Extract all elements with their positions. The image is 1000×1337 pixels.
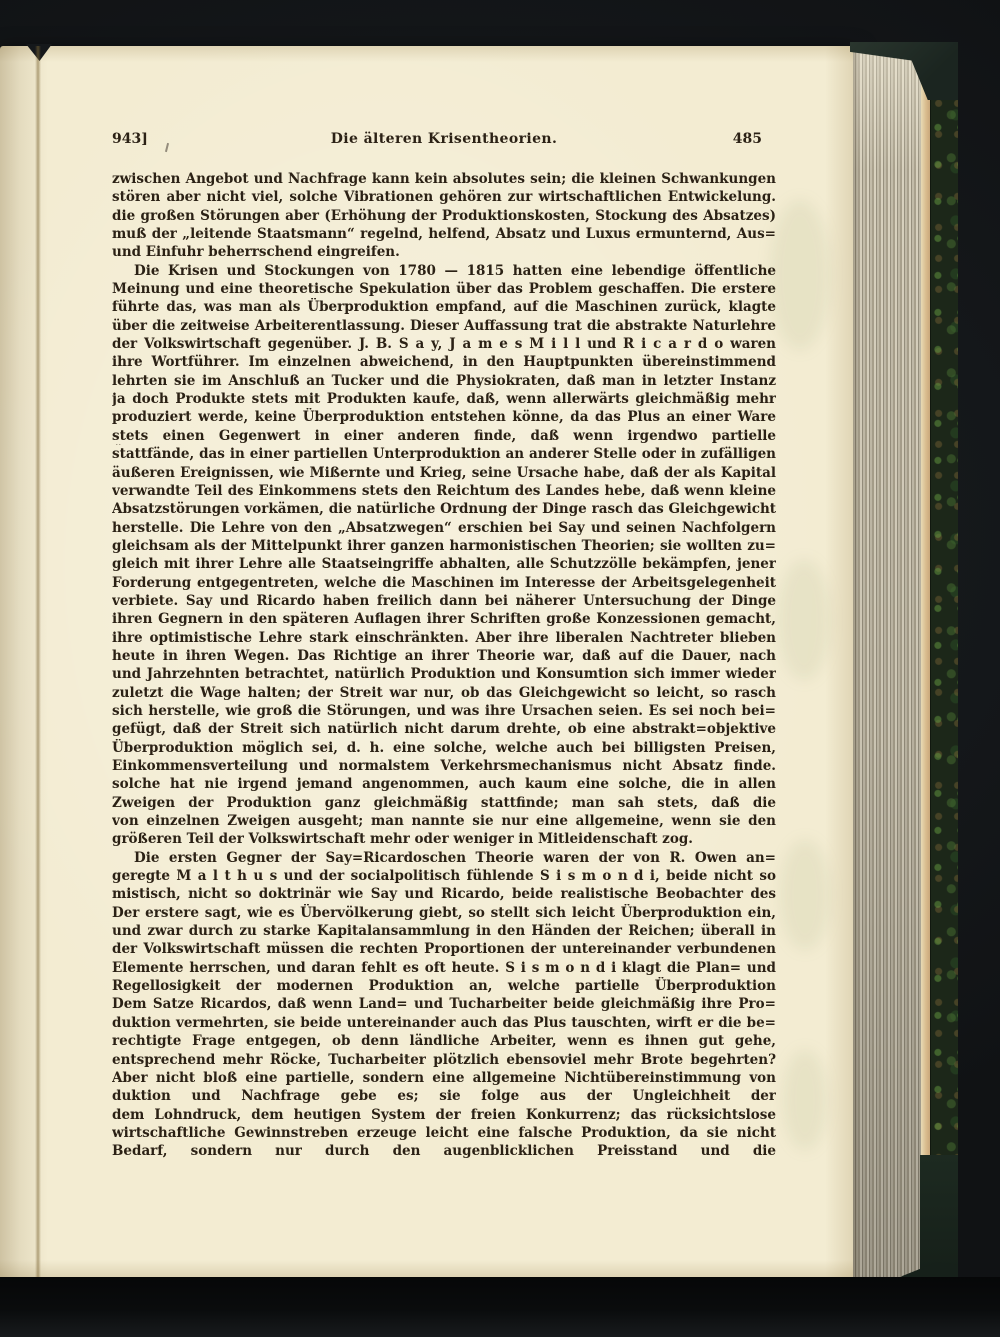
text-line: sich herstelle, wie groß die Störungen, … <box>112 702 776 720</box>
text-line: muß der „leitende Staatsmann“ regelnd, h… <box>112 225 776 243</box>
text-line: der Volkswirtschaft gegenüber. J. B. S a… <box>112 335 776 353</box>
page-show-through <box>770 200 830 350</box>
text-line: zuletzt die Wage halten; der Streit war … <box>112 684 776 702</box>
text-line: ihre Wortführer. Im einzelnen abweichend… <box>112 353 776 371</box>
text-line: gefügt, daß der Streit sich natürlich ni… <box>112 720 776 738</box>
text-line: Forderung entgegentreten, welche die Mas… <box>112 574 776 592</box>
scanned-book-photo: 943] Die älteren Krisentheorien. 485 zwi… <box>0 0 1000 1337</box>
text-line: Meinung und eine theoretische Spekulatio… <box>112 280 776 298</box>
marbled-cover-edge <box>930 46 958 1290</box>
page-show-through <box>780 840 830 950</box>
text-block: zwischen Angebot und Nachfrage kann kein… <box>112 170 776 1161</box>
text-line: Zweigen der Produktion ganz gleichmäßig … <box>112 794 776 812</box>
text-line: und zwar durch zu starke Kapitalansammlu… <box>112 922 776 940</box>
text-line: zwischen Angebot und Nachfrage kann kein… <box>112 170 776 188</box>
page-block-edge <box>921 50 930 1278</box>
text-line: Absatzstörungen vorkämen, die natürliche… <box>112 500 776 518</box>
text-line: gleich mit ihrer Lehre alle Staatseingri… <box>112 555 776 573</box>
text-line: lehrten sie im Anschluß an Tucker und di… <box>112 372 776 390</box>
text-line: produziert werde, keine Überproduktion e… <box>112 408 776 426</box>
page-number: 485 <box>686 131 776 147</box>
text-line: verbiete. Say und Ricardo haben freilich… <box>112 592 776 610</box>
text-line: ihre optimistische Lehre stark einschrän… <box>112 629 776 647</box>
page-stack-fore-edge <box>853 48 921 1280</box>
page-show-through <box>783 1050 827 1150</box>
text-line: gleichsam als der Mittelpunkt ihrer ganz… <box>112 537 776 555</box>
text-line: Regellosigkeit der modernen Produktion a… <box>112 977 776 995</box>
text-line: über die zeitweise Arbeiterentlassung. D… <box>112 317 776 335</box>
text-line: Einkommensverteilung und normalstem Verk… <box>112 757 776 775</box>
text-line: Die ersten Gegner der Say=Ricardoschen T… <box>112 849 776 867</box>
text-line: von einzelnen Zweigen ausgeht; man nannt… <box>112 812 776 830</box>
text-line: solche hat nie irgend jemand angenommen,… <box>112 775 776 793</box>
text-line: und Einfuhr beherrschend eingreifen. <box>112 243 776 261</box>
text-line: stattfände, das in einer partiellen Unte… <box>112 445 776 463</box>
text-line: geregte M a l t h u s und der socialpoli… <box>112 867 776 885</box>
text-line: Die Krisen und Stockungen von 1780 — 181… <box>112 262 776 280</box>
page-show-through <box>778 560 830 680</box>
text-line: mistisch, nicht so doktrinär wie Say und… <box>112 885 776 903</box>
text-line: Aber nicht bloß eine partielle, sondern … <box>112 1069 776 1087</box>
text-line: größeren Teil der Volkswirtschaft mehr o… <box>112 830 776 848</box>
text-line: Bedarf, sondern nur durch den augenblick… <box>112 1142 776 1160</box>
text-line: ihren Gegnern in den späteren Auflagen i… <box>112 610 776 628</box>
bottom-shadow <box>0 1277 1000 1337</box>
column-signature: 943] <box>112 131 202 147</box>
text-line: verwandte Teil des Einkommens stets den … <box>112 482 776 500</box>
text-line: Elemente herrschen, und daran fehlt es o… <box>112 959 776 977</box>
text-line: und Jahrzehnten betrachtet, natürlich Pr… <box>112 665 776 683</box>
text-line: ja doch Produkte stets mit Produkten kau… <box>112 390 776 408</box>
text-line: Überproduktion möglich sei, d. h. eine s… <box>112 739 776 757</box>
text-line: die großen Störungen aber (Erhöhung der … <box>112 207 776 225</box>
text-line: herstelle. Die Lehre von den „Absatzwege… <box>112 519 776 537</box>
text-line: duktion und Nachfrage gebe es; sie folge… <box>112 1087 776 1105</box>
text-line: stören aber nicht viel, solche Vibration… <box>112 188 776 206</box>
text-line: heute in ihren Wegen. Das Richtige an ih… <box>112 647 776 665</box>
text-line: duktion vermehrten, sie beide untereinan… <box>112 1014 776 1032</box>
text-line: rechtigte Frage entgegen, ob denn ländli… <box>112 1032 776 1050</box>
gutter-crease <box>35 46 41 1278</box>
text-line: dem Lohndruck, dem heutigen System der f… <box>112 1106 776 1124</box>
text-line: entsprechend mehr Röcke, Tucharbeiter pl… <box>112 1051 776 1069</box>
text-line: stets einen Gegenwert in einer anderen f… <box>112 427 776 445</box>
page-header: 943] Die älteren Krisentheorien. 485 <box>112 131 776 151</box>
text-line: der Volkswirtschaft müssen die rechten P… <box>112 940 776 958</box>
text-line: führte das, was man als Überproduktion e… <box>112 298 776 316</box>
text-line: äußeren Ereignissen, wie Mißernte und Kr… <box>112 464 776 482</box>
text-line: wirtschaftliche Gewinnstreben erzeuge le… <box>112 1124 776 1142</box>
text-line: Dem Satze Ricardos, daß wenn Land= und T… <box>112 995 776 1013</box>
text-line: Der erstere sagt, wie es Übervölkerung g… <box>112 904 776 922</box>
running-title: Die älteren Krisentheorien. <box>202 131 686 147</box>
